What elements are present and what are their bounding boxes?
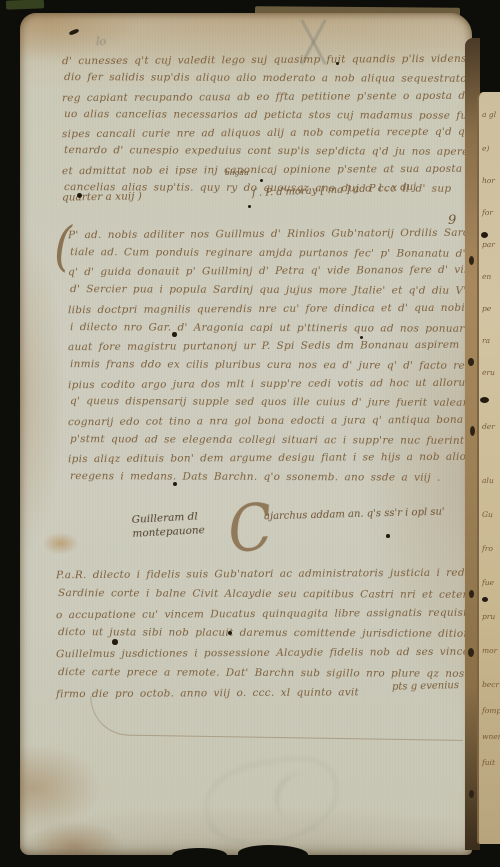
ink-blot [386, 534, 390, 538]
entry-3-heading: ajarchus addam an. q's ss'r i opl su' [264, 507, 445, 523]
folio-text-fragment: a gl [482, 110, 496, 119]
manuscript-line: ipis aliqz edituis bon' dem argume desig… [68, 448, 472, 469]
manuscript-line: P' ad. nobis adiliter nos Guillmus d' Ri… [68, 224, 472, 245]
gutter-stain [469, 790, 474, 798]
manuscript-line: et admittat nob ei ipse inj canonicaj op… [62, 160, 472, 181]
manuscript-line: o accupatione cu' vincem Ducatus quinqua… [56, 603, 472, 625]
manuscript-line: libis doctpri magnilis querendis nre cu'… [68, 299, 472, 320]
folio-text-fragment: pru [482, 612, 495, 621]
gutter-stain [468, 358, 474, 366]
manuscript-line: d' Sercier pua i popula Sardinj qua juju… [70, 280, 472, 300]
ink-blot [69, 28, 80, 35]
manuscript-line: reg capiant recupando causa ab eo ffta p… [62, 86, 472, 107]
next-folio-edge: a gl e) hor for par en pe ra eru der alu… [477, 92, 500, 844]
ink-blot [481, 232, 488, 238]
folio-text-fragment: par [482, 240, 495, 249]
page-edge-notch [172, 848, 227, 862]
initial-c-flourish: C [225, 494, 276, 562]
folio-text-fragment: fomp [482, 706, 500, 715]
ink-blot [112, 639, 118, 645]
manuscript-line: ipius codito argo jura dos mlt i supp're… [68, 373, 472, 394]
manuscript-page: lo d' cunesses q't cuj valedit lego suj … [20, 13, 472, 855]
offset-flourish-line [90, 696, 464, 741]
folio-text-fragment: wner [482, 732, 500, 741]
photo-of-manuscript: lo d' cunesses q't cuj valedit lego suj … [0, 0, 500, 867]
margin-note: Guilleram dl montepauone [131, 509, 205, 541]
ink-blot [480, 397, 489, 403]
manuscript-line: tenardo d' cunespio expeduius cont sup'i… [64, 142, 472, 162]
ink-blot [173, 482, 177, 486]
folio-text-fragment: becr [482, 680, 499, 689]
entry-1-closing: quarter a xuij ) [62, 190, 142, 203]
ink-blot [482, 597, 488, 602]
gutter-stain [468, 648, 474, 657]
ink-blot [77, 193, 82, 198]
folio-text-fragment: fuit [482, 758, 495, 767]
folio-text-fragment: Gu [482, 510, 493, 519]
ink-blot [260, 179, 263, 182]
manuscript-line: i dilecto nro Gar. d' Aragonia capi ut p… [70, 318, 472, 338]
folio-text-fragment: hor [482, 176, 495, 185]
entry-2: P' ad. nobis adiliter nos Guillmus d' Ri… [68, 225, 472, 487]
interlinear-correction: bligda [225, 168, 249, 177]
gutter-stain [470, 426, 475, 436]
manuscript-line: cognarij edo cot tino a nra gol bona edo… [68, 411, 472, 432]
folio-text-fragment: ra [482, 336, 490, 345]
pencil-folio-number: lo [96, 35, 106, 48]
manuscript-line: dio fer salidis sup'dis aliquo alio mode… [64, 68, 472, 88]
manuscript-line: dicto ut justa sibi nob placuit daremus … [58, 623, 472, 645]
folio-text-fragment: eru [482, 368, 495, 377]
ink-blot [172, 332, 177, 337]
manuscript-line: uo alias cancelias necessarios ad petict… [64, 105, 472, 125]
manuscript-line: inmis frans ddo ex cilis pluribus cura n… [70, 355, 472, 375]
manuscript-line: Guillelmus jusdictiones i possessione Al… [56, 643, 472, 665]
folio-text-fragment: fro [482, 544, 493, 553]
entry-3-right-note: pts g evenius [392, 680, 459, 693]
gutter-stain [469, 590, 474, 598]
margin-note-line: montepauone [132, 523, 205, 541]
manuscript-line: reegens i medans. Dats Barchn. q'o ssone… [70, 467, 472, 487]
folio-text-fragment: e) [482, 144, 490, 153]
folio-text-fragment: alu [482, 476, 494, 485]
folio-text-fragment: pe [482, 304, 491, 313]
manuscript-line: q' queus dispensarij supple sed quos ill… [70, 392, 472, 412]
ink-blot [360, 336, 363, 339]
ink-blot [228, 631, 232, 635]
binding-edge [6, 0, 44, 10]
folio-text-fragment: der [482, 422, 495, 431]
folio-text-fragment: mor [482, 646, 497, 655]
gutter-stain [469, 256, 474, 265]
ink-blot [248, 205, 251, 208]
manuscript-line: P.a.R. dilecto i fidelis suis Gub'natori… [56, 564, 472, 586]
ink-blot [336, 62, 339, 65]
entry-1: d' cunesses q't cuj valedit lego suj qua… [62, 51, 472, 197]
page-edge-notch [238, 845, 308, 863]
folio-text-fragment: fue [482, 578, 494, 587]
manuscript-line: auat fore magistru purtanonj ur P. Spi S… [68, 336, 472, 357]
folio-text-fragment: for [482, 208, 493, 217]
folio-text-fragment: en [482, 272, 491, 281]
manuscript-line: q' d' guida donauit p' Guillminj d' Petr… [68, 261, 472, 282]
manuscript-line: Sardinie corte i balne Civit Alcaydie se… [58, 584, 472, 606]
